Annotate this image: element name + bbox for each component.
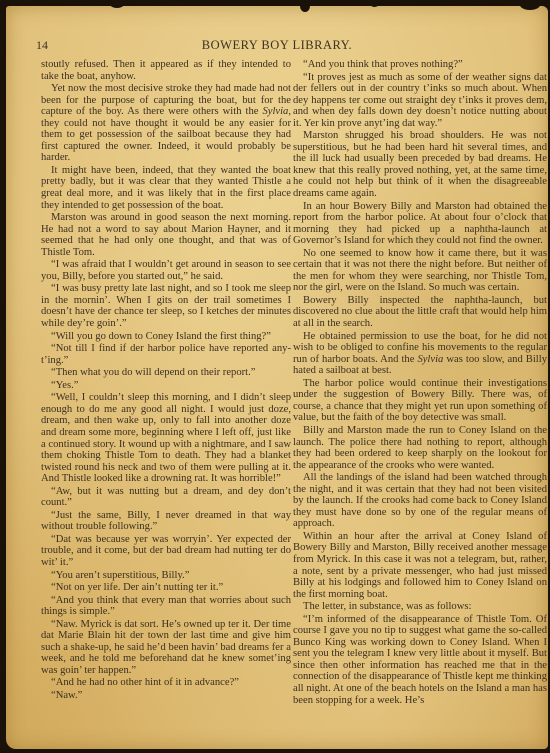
tear-mark bbox=[520, 0, 540, 10]
paragraph: “Naw. Myrick is dat sort. He’s owned up … bbox=[41, 619, 291, 677]
tear-mark bbox=[110, 0, 124, 8]
paragraph: “I’m informed of the disappearance of Th… bbox=[293, 614, 547, 706]
paragraph: “Not on yer life. Der ain’t nutting ter … bbox=[41, 582, 291, 594]
paragraph: Marston was around in good season the ne… bbox=[41, 212, 291, 258]
tear-mark bbox=[300, 0, 310, 12]
left-column: stoutly refused. Then it appeared as if … bbox=[41, 59, 291, 703]
ship-name: Sylvia bbox=[262, 106, 288, 117]
paragraph: “Well, I couldn’t sleep this morning, an… bbox=[41, 392, 291, 484]
paragraph: stoutly refused. Then it appeared as if … bbox=[41, 59, 291, 82]
paragraph: Yet now the most decisive stroke they ha… bbox=[41, 83, 291, 164]
paragraph: “And he had no other hint of it in advan… bbox=[41, 677, 291, 689]
paragraph: Marston shrugged his broad shoulders. He… bbox=[293, 130, 547, 199]
paragraph: “I was busy pretty late last night, and … bbox=[41, 283, 291, 329]
paragraph: “It proves jest as much as some of der w… bbox=[293, 72, 547, 130]
paragraph: “Then what you do will depend on their r… bbox=[41, 367, 291, 379]
book-page: 14 BOWERY BOY LIBRARY. stoutly refused. … bbox=[6, 6, 548, 749]
paragraph: “I was afraid that I wouldn’t get around… bbox=[41, 259, 291, 282]
paragraph: The letter, in substance, was as follows… bbox=[293, 601, 547, 613]
paragraph: It might have been, indeed, that they wa… bbox=[41, 165, 291, 211]
paragraph: “And you think that proves nothing?” bbox=[293, 59, 547, 71]
paragraph: No one seemed to know how it came there,… bbox=[293, 248, 547, 294]
paragraph: “And you think that every man that worri… bbox=[41, 595, 291, 618]
ship-name: Sylvia bbox=[417, 354, 443, 365]
paragraph: “Not till I find if der harbor police ha… bbox=[41, 343, 291, 366]
paragraph: “Just the same, Billy, I never dreamed i… bbox=[41, 510, 291, 533]
paragraph: “Yes.” bbox=[41, 380, 291, 392]
paragraph: “You aren’t superstitious, Billy.” bbox=[41, 570, 291, 582]
paragraph: “Naw.” bbox=[41, 690, 291, 702]
paragraph: “Will you go down to Coney Island the fi… bbox=[41, 331, 291, 343]
paragraph: Billy and Marston made the run to Coney … bbox=[293, 425, 547, 471]
paragraph: Bowery Billy inspected the naphtha-launc… bbox=[293, 295, 547, 330]
paragraph: “Dat was because yer was worryin’. Yer e… bbox=[41, 534, 291, 569]
paragraph: The harbor police would continue their i… bbox=[293, 378, 547, 424]
paragraph: In an hour Bowery Billy and Marston had … bbox=[293, 201, 547, 247]
running-title: BOWERY BOY LIBRARY. bbox=[6, 38, 548, 53]
paragraph: “Aw, but it was nutting but a dream, and… bbox=[41, 486, 291, 509]
right-column: “And you think that proves nothing?”“It … bbox=[293, 59, 547, 707]
tear-mark bbox=[370, 0, 379, 7]
paragraph: Within an hour after the arrival at Cone… bbox=[293, 531, 547, 600]
paragraph: He obtained permission to use the boat, … bbox=[293, 331, 547, 377]
paragraph: All the landings of the island had been … bbox=[293, 472, 547, 530]
